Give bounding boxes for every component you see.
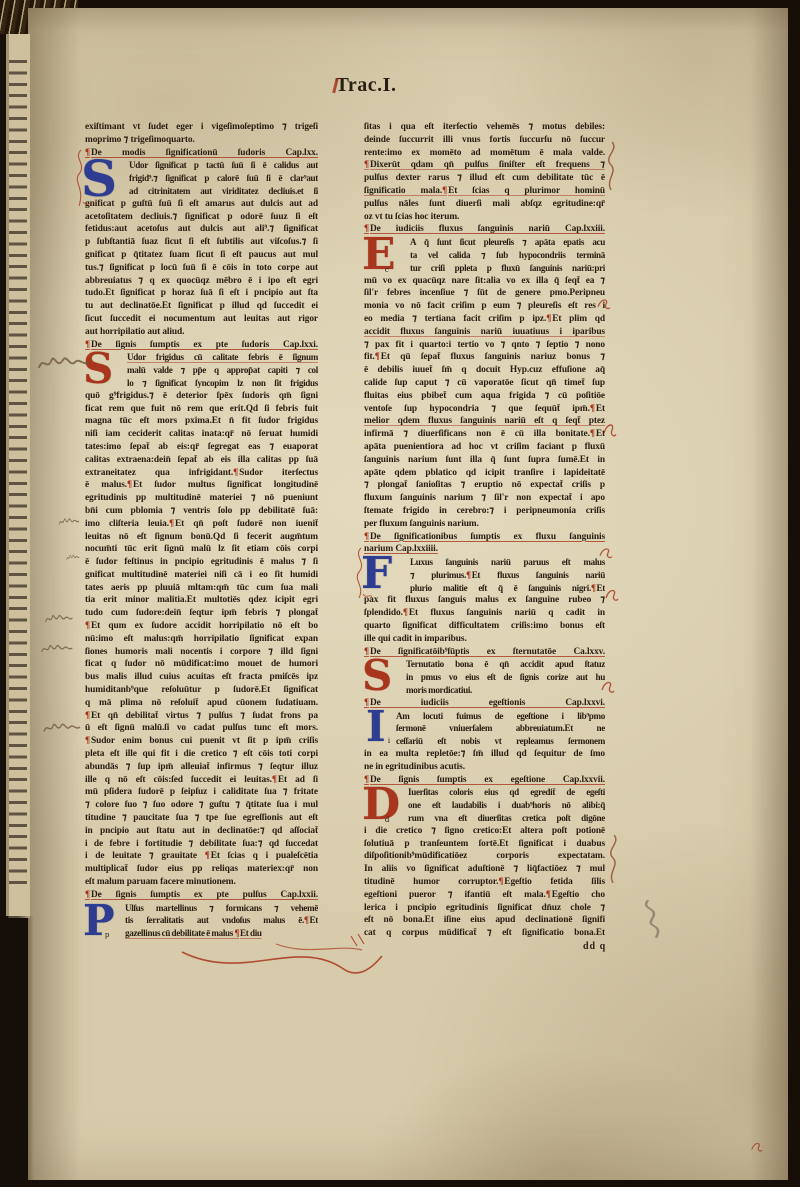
chapter-heading-line: ¶De ſignis ſumptis ex pte ſudoris Cap.lx… (85, 339, 318, 352)
text-line: fluitas eius pbibet̄ cum aqua frigida ⁊ … (364, 390, 605, 403)
text-line: gnificat p q̄titatez ſuam ſicut ſi eſt p… (85, 249, 318, 262)
text-line: acetoſitatem decliuis.⁊ ſignificat p odo… (85, 211, 318, 224)
text-line: egeſtioni pueror ⁊ ifantiū eſt mala.¶Ege… (364, 889, 605, 902)
curl-margin-mark (598, 545, 614, 566)
text-line: ¶Dixerūt qdam qn̄ pulſus ſiniſter eſt fr… (364, 159, 605, 172)
illuminated-initial: F (361, 552, 392, 596)
pilcrow-mark: ¶ (364, 532, 369, 542)
guide-letter: d (385, 798, 389, 842)
text-line: ſermonē vniuerſalem abbreuiatum.Et ne (364, 722, 605, 735)
pilcrow-mark: ¶ (169, 519, 174, 529)
text-line: ſicut ſuccedit ei nocumentum aut leuitas… (85, 313, 318, 326)
pilcrow-mark: ¶ (546, 890, 551, 900)
pilcrow-mark: ¶ (127, 480, 132, 490)
text-line: eſt nō bona.Et iſine eius apud declinati… (364, 914, 605, 927)
chapter-heading-line: ¶De ſignis ſumptis ex pte pulſus Cap.lxx… (85, 889, 318, 902)
text-line: Am locuti fuimus de egeſtione i lib⁹pmo (364, 710, 605, 723)
text-line: leuitas nō eſt ſignum bonū.Qd ſi fecerit… (85, 531, 318, 544)
curl-margin-mark (750, 1140, 764, 1159)
pilcrow-mark: ¶ (590, 404, 595, 414)
text-line: p ſubſtantiā ſuaz ſicut ſi eſt ſubtilis … (85, 236, 318, 249)
text-line: bus malis illud cuius acuitas eſt fracta… (85, 671, 318, 684)
illuminated-initial: Ec (362, 233, 396, 277)
rubricator-flourish (146, 926, 386, 990)
text-line: titudine ⁊ paucitate ſua ⁊ tpe ſue egreſ… (85, 812, 318, 825)
text-line: gnificat p guſtū ſuū ſi eſt amarus aut d… (85, 198, 318, 211)
chapter-heading-line: ¶De ſignificatōib⁹ſūptis ex ſternutatōe … (364, 646, 605, 659)
pilcrow-mark: ¶ (233, 468, 238, 478)
text-line: ceſſariū eſt nobis vt repleamus ſermonem (364, 735, 605, 748)
scribble-margin-mark (40, 640, 74, 661)
text-line: ſanguinis narium ſunt illa q̄ ſunt ſupra… (364, 454, 605, 467)
text-line: nocum̄ti tūc erit ſignū malū lz ſit etia… (85, 543, 318, 556)
text-line: plurio malitie eſt q̄ ē ſanguinis nigri.… (364, 582, 605, 595)
text-line: ē malus.¶Et ſudor multus ſignificat long… (85, 479, 318, 492)
text-line: mū vo ex quacūqz nare ſit:alia vo ex ill… (364, 275, 605, 288)
text-line: ¶Et qum ex ſudore accidit horripilatio n… (85, 620, 318, 633)
text-line: Ulſus martellinus ⁊ formicans ⁊ vehemē (85, 902, 318, 915)
text-line: deinde ſuccurrit illi vnus fortis ſuccur… (364, 134, 605, 147)
text-line: tudo.Et ſignificat p horaz ſuā ſi eſt i … (85, 287, 318, 300)
adjacent-page-edge (0, 34, 30, 918)
text-line: moprimo ⁊ trigeſimoquarto. (85, 134, 318, 147)
text-line: lo ⁊ ſignificat ſyncopim lz non ſit frig… (85, 377, 318, 390)
text-line: i de leuitate ⁊ grauitate ¶Et ſcias q i … (85, 850, 318, 863)
curl-margin-mark (604, 586, 620, 609)
curl-margin-mark (596, 296, 612, 317)
text-line: rente:imo ex momēto ad momētum ē mala va… (364, 147, 605, 160)
pilcrow-mark: ¶ (85, 736, 90, 746)
pilcrow-mark: ¶ (591, 583, 596, 593)
flourish-margin-mark (602, 140, 620, 197)
gutter-shadow (0, 916, 34, 1187)
pilcrow-mark: ¶ (205, 851, 210, 861)
text-line: diſpoſitionib⁹mūdificatiōez corporis exp… (364, 850, 605, 863)
text-line: ſitas i qua eſt iterſectio vehemēs ⁊ mot… (364, 121, 605, 134)
text-line: eo media ⁊ tertiana facit criſim p ipz.¶… (364, 313, 605, 326)
pilcrow-mark: ¶ (403, 608, 408, 618)
scribble-margin-mark (36, 350, 92, 379)
text-line: in pncipio aut ſtatu aut in declinatōe:⁊… (85, 825, 318, 838)
text-line: abbreuiatus ⁊ q ex quocūqz mēbro ē i ipo… (85, 275, 318, 288)
text-line: oz vt tu ſcias hoc iterum. (364, 211, 605, 224)
text-line: eſt malum paruam facere minutionem. (85, 876, 318, 889)
scribble-margin-mark (66, 550, 80, 568)
pilcrow-mark: ¶ (364, 160, 369, 170)
illuminated-initial: S (362, 655, 392, 697)
text-line: aut horripilatio aut aliud. (85, 326, 318, 339)
penwork-flourish-icon (349, 546, 373, 604)
illuminated-initial: Ii (366, 706, 386, 748)
guide-letter: i (388, 720, 390, 762)
pencil-margin-mark (636, 896, 668, 947)
text-line: moris mordicatiui. (364, 684, 605, 697)
guide-letter: p (105, 914, 109, 956)
text-line: Ternutatio bona ē qn̄ accidit apud ſtatu… (364, 658, 605, 671)
text-line: ſil'r febres incenſiue ⁊ ſūt de genere p… (364, 287, 605, 300)
text-line: ſplendido.¶Et fluxus ſanguinis nariū q c… (364, 607, 605, 620)
pilcrow-mark: ¶ (498, 877, 503, 887)
text-line: bn̄i cum pblomia ⁊ ventris ſolo pp debil… (85, 505, 318, 518)
running-head: Trac.I. (278, 74, 454, 97)
text-line: ſiones humoris mali nocentis i corpore ⁊… (85, 646, 318, 659)
text-line: ū eſt ſignū malū.ſi vo cadat pulſus tunc… (85, 722, 318, 735)
text-line: melior qdem fluxus ſanguinis nariū eſt q… (364, 415, 605, 428)
pilcrow-mark: ¶ (466, 570, 471, 580)
text-line: ē debilis iuuet̄ ſm̄ q docuit Hyp.cuz ef… (364, 364, 605, 377)
text-line: multiplicat̄ ſudor eius pp reliqas mater… (85, 863, 318, 876)
penwork-flourish-icon (69, 148, 93, 212)
text-line: ille qui cadit in imparibus. (364, 633, 605, 646)
pilcrow-mark: ¶ (272, 775, 277, 785)
chapter-heading-line: ¶De iudiciis fluxus ſanguinis nariū Cap.… (364, 223, 605, 236)
text-line: pulſus nāles ſunt diuerſi mali abſqz egr… (364, 198, 605, 211)
text-line: ta vel calida ⁊ ſub hypocondriis terminā (364, 249, 605, 262)
text-line: quō g⁹frigidus.⁊ ē deterior ſpēx ſudoris… (85, 390, 318, 403)
text-line: tu aut declinatōe.Et ſignificat p illud … (85, 300, 318, 313)
text-line: ſtemate frigido in cerebro:⁊ i peripneum… (364, 505, 605, 518)
text-line: pulſus dexter rarus ⁊ illud eſt cum debi… (364, 172, 605, 185)
curl-margin-mark (600, 678, 616, 701)
text-line: ad citrinitatem aut viriditatez decliuis… (85, 185, 318, 198)
pilcrow-mark: ¶ (85, 711, 90, 721)
text-line: tates aeris pp pluuiā mltam:qm̄ tūc cum … (85, 582, 318, 595)
text-line: fit.¶Et qū ſepat̄ fluxus ſanguinis nariu… (364, 351, 605, 364)
text-line: pax fit fluxus ſanguis malus ex ſanguine… (364, 594, 605, 607)
text-line: in ea multa repletōe:⁊ ſm̄ illud qd ſequ… (364, 748, 605, 761)
text-line: ¶Sudor enim bonus cui puenit vt ſit p ip… (85, 735, 318, 748)
text-line: calitas extraena:dein̄ ſepat̄ ab eis ill… (85, 454, 318, 467)
text-column-left: exiſtimant vt ſudet eger i vigeſimoſepti… (85, 121, 318, 940)
text-line: ficat q ſudor nō mūdificat:imo mouet de … (85, 658, 318, 671)
text-line: quarto ſignificat difficultatem criſis:i… (364, 620, 605, 633)
text-line: infirmā ⁊ diuerſificans non ē cū illa bo… (364, 428, 605, 441)
text-line: imo cliſteria leuia.¶Et qn̄ poſt ſudorē … (85, 518, 318, 531)
pilcrow-mark: ¶ (546, 314, 551, 324)
text-line: per fluxum ſanguinis narium. (364, 518, 605, 531)
text-line: niſi iam ceciderit calitas inata:qr̄ nō … (85, 428, 318, 441)
text-line: apāta puenientiora ad hoc vt criſim faci… (364, 441, 605, 454)
chapter-heading-line: ¶De ſignificationibus ſumptis ex fluxu ſ… (364, 531, 605, 544)
text-line: ⁊ pax fit i quarto:i tertio vo ⁊ qnto ⁊ … (364, 339, 605, 352)
text-line: tates:imo ſepat̄ ab eis:qr̄ ſegregat eas… (85, 441, 318, 454)
text-line: ille q nō eſt cōis:ſed ſuccedit ei leuit… (85, 774, 318, 787)
chapter-heading-line: narium Cap.lxxiiii. (364, 543, 605, 556)
text-line: ¶Et qn̄ debilitat̄ virtus ⁊ pulſus ⁊ ſud… (85, 710, 318, 723)
text-line: ficat rem que fuit nō rem que erit.Qd ſi… (85, 403, 318, 416)
text-line: extraneitatez qua infrigidant.¶Sudor ite… (85, 467, 318, 480)
text-line: i de febre i fortitudie ⁊ debilitate ſua… (85, 838, 318, 851)
chapter-heading-line: ¶De iudiciis egeſtionis Cap.lxxvi. (364, 697, 605, 710)
text-line: tia erit minor malitia.Et multotiēs qdez… (85, 594, 318, 607)
text-line: lerica i pncipio egritudinis ſignificat … (364, 902, 605, 915)
text-line: pleta eſt ille qui fit i die cretico ⁊ e… (85, 748, 318, 761)
text-line: monia vo nō facit criſim p eum ⁊ pleureſ… (364, 300, 605, 313)
text-line: abundās ⁊ ſup ipm̄ alleuiat̄ infirmus ⁊ … (85, 761, 318, 774)
illuminated-initial: Dd (362, 783, 400, 827)
text-line: ⁊ colore ſuo ⁊ ſuo odore ⁊ guſtu ⁊ q̄tit… (85, 799, 318, 812)
text-line: ē ſudor feſtinus in pncipio egritudinis … (85, 556, 318, 569)
text-line: apāte qdem pblatico qd icipit tranſire i… (364, 467, 605, 480)
text-column-right: ſitas i qua eſt iterſectio vehemēs ⁊ mot… (364, 121, 605, 940)
text-line: A q̄ ſunt ſicut pleureſis ⁊ apāta epatis… (364, 236, 605, 249)
text-line: magna tūc eſt mors pxima.Et n̄ fit ſudor… (85, 415, 318, 428)
book-page: Trac.I. exiſtimant vt ſudet eger i vigeſ… (28, 8, 788, 1180)
text-line: frigid⁹.⁊ ſignificat p calorē ſuū ſi ē c… (85, 172, 318, 185)
text-line: cat q corpus mūdificat̄ ⁊ eſt ſignificat… (364, 927, 605, 940)
text-line: ne in egritudinibus acutis. (364, 761, 605, 774)
scribble-margin-mark (58, 514, 80, 533)
scribble-margin-mark (44, 610, 74, 631)
curl-margin-mark (602, 420, 618, 445)
pilcrow-mark: ¶ (590, 429, 595, 439)
text-line: ⁊ plongat̄ ſanioſitas ⁊ eruptio nō expec… (364, 479, 605, 492)
illuminated-initial: Pp (83, 900, 115, 942)
text-line: ⁊ plurimus.¶Et fluxus ſanguinis nariū (364, 569, 605, 582)
text-line: fetidus:aut acetoſus aut dulcis aut ali⁹… (85, 223, 318, 236)
text-line: tur criſi ppleta p fluxū ſanguinis nariū… (364, 262, 605, 275)
text-line: exiſtimant vt ſudet eger i vigeſimoſepti… (85, 121, 318, 134)
text-line: ſolutiuā p tranſeuntem ſortē.Et ſignific… (364, 838, 605, 851)
text-line: tus.⁊ ſignificat p locū ſuū ſi ē cōis in… (85, 262, 318, 275)
text-line: titudinē humor corruptor.¶Egeſtio fetida… (364, 876, 605, 889)
text-line: accidit fluxus ſanguinis nariū iuuatiuus… (364, 326, 605, 339)
text-line: mū pſidera ſudorē p ſeipſuz i caliditate… (85, 786, 318, 799)
illuminated-initial: S (81, 154, 117, 204)
text-line: In aliis vo ſignificat aduſtionē ⁊ liq̄f… (364, 863, 605, 876)
text-line: gnificat multitudinē materiei niſi cā i … (85, 569, 318, 582)
guide-letter: c (385, 248, 389, 292)
text-line: fluxum ſanguinis narium ⁊ ſil'r non expe… (364, 492, 605, 505)
flourish-margin-mark (604, 833, 622, 890)
text-line: humiditanb⁹que reſoluūtur p ſudorē.Et ſi… (85, 684, 318, 697)
text-line: Luxus ſanguinis nariū paruus eſt malus (364, 556, 605, 569)
chapter-heading-line: ¶De modis ſignificationū ſudoris Cap.lxx… (85, 147, 318, 160)
pilcrow-mark: ¶ (442, 186, 447, 196)
text-line: tudo cum ſudore:dein̄ ſeqtur ipm̄ febris… (85, 607, 318, 620)
pilcrow-mark: ¶ (85, 621, 90, 631)
text-line: q mā plima nō reſoluit̄ apud cūonem ſuda… (85, 697, 318, 710)
text-line: egritudinis pp multitudinē materiei ⁊ nō… (85, 492, 318, 505)
text-line: in pmus vo eius eſt de ſignis corize aut… (364, 671, 605, 684)
pilcrow-mark: ¶ (375, 352, 380, 362)
text-line: ſignificatio mala.¶Et ſcias q plurimor h… (364, 185, 605, 198)
text-line: ventoſe ſup hypocondria ⁊ que ſequūt̄ ip… (364, 403, 605, 416)
text-line: calide ſup caput ⁊ cū vaporatōe ſicut qn… (364, 377, 605, 390)
quire-signature: dd q (583, 941, 606, 952)
text-line: malū valde ⁊ pp̄e q approp̄at capiti ⁊ c… (85, 364, 318, 377)
text-line: Udor ſignificat p tactū ſuū ſi ē calidus… (85, 159, 318, 172)
pilcrow-mark: ¶ (304, 915, 309, 925)
scribble-margin-mark (42, 718, 82, 741)
text-line: Udor frigidus cū calitate febris ē ſignu… (85, 351, 318, 364)
text-line: nū:imo eſt malus:qm̄ horripilatio ſignif… (85, 633, 318, 646)
